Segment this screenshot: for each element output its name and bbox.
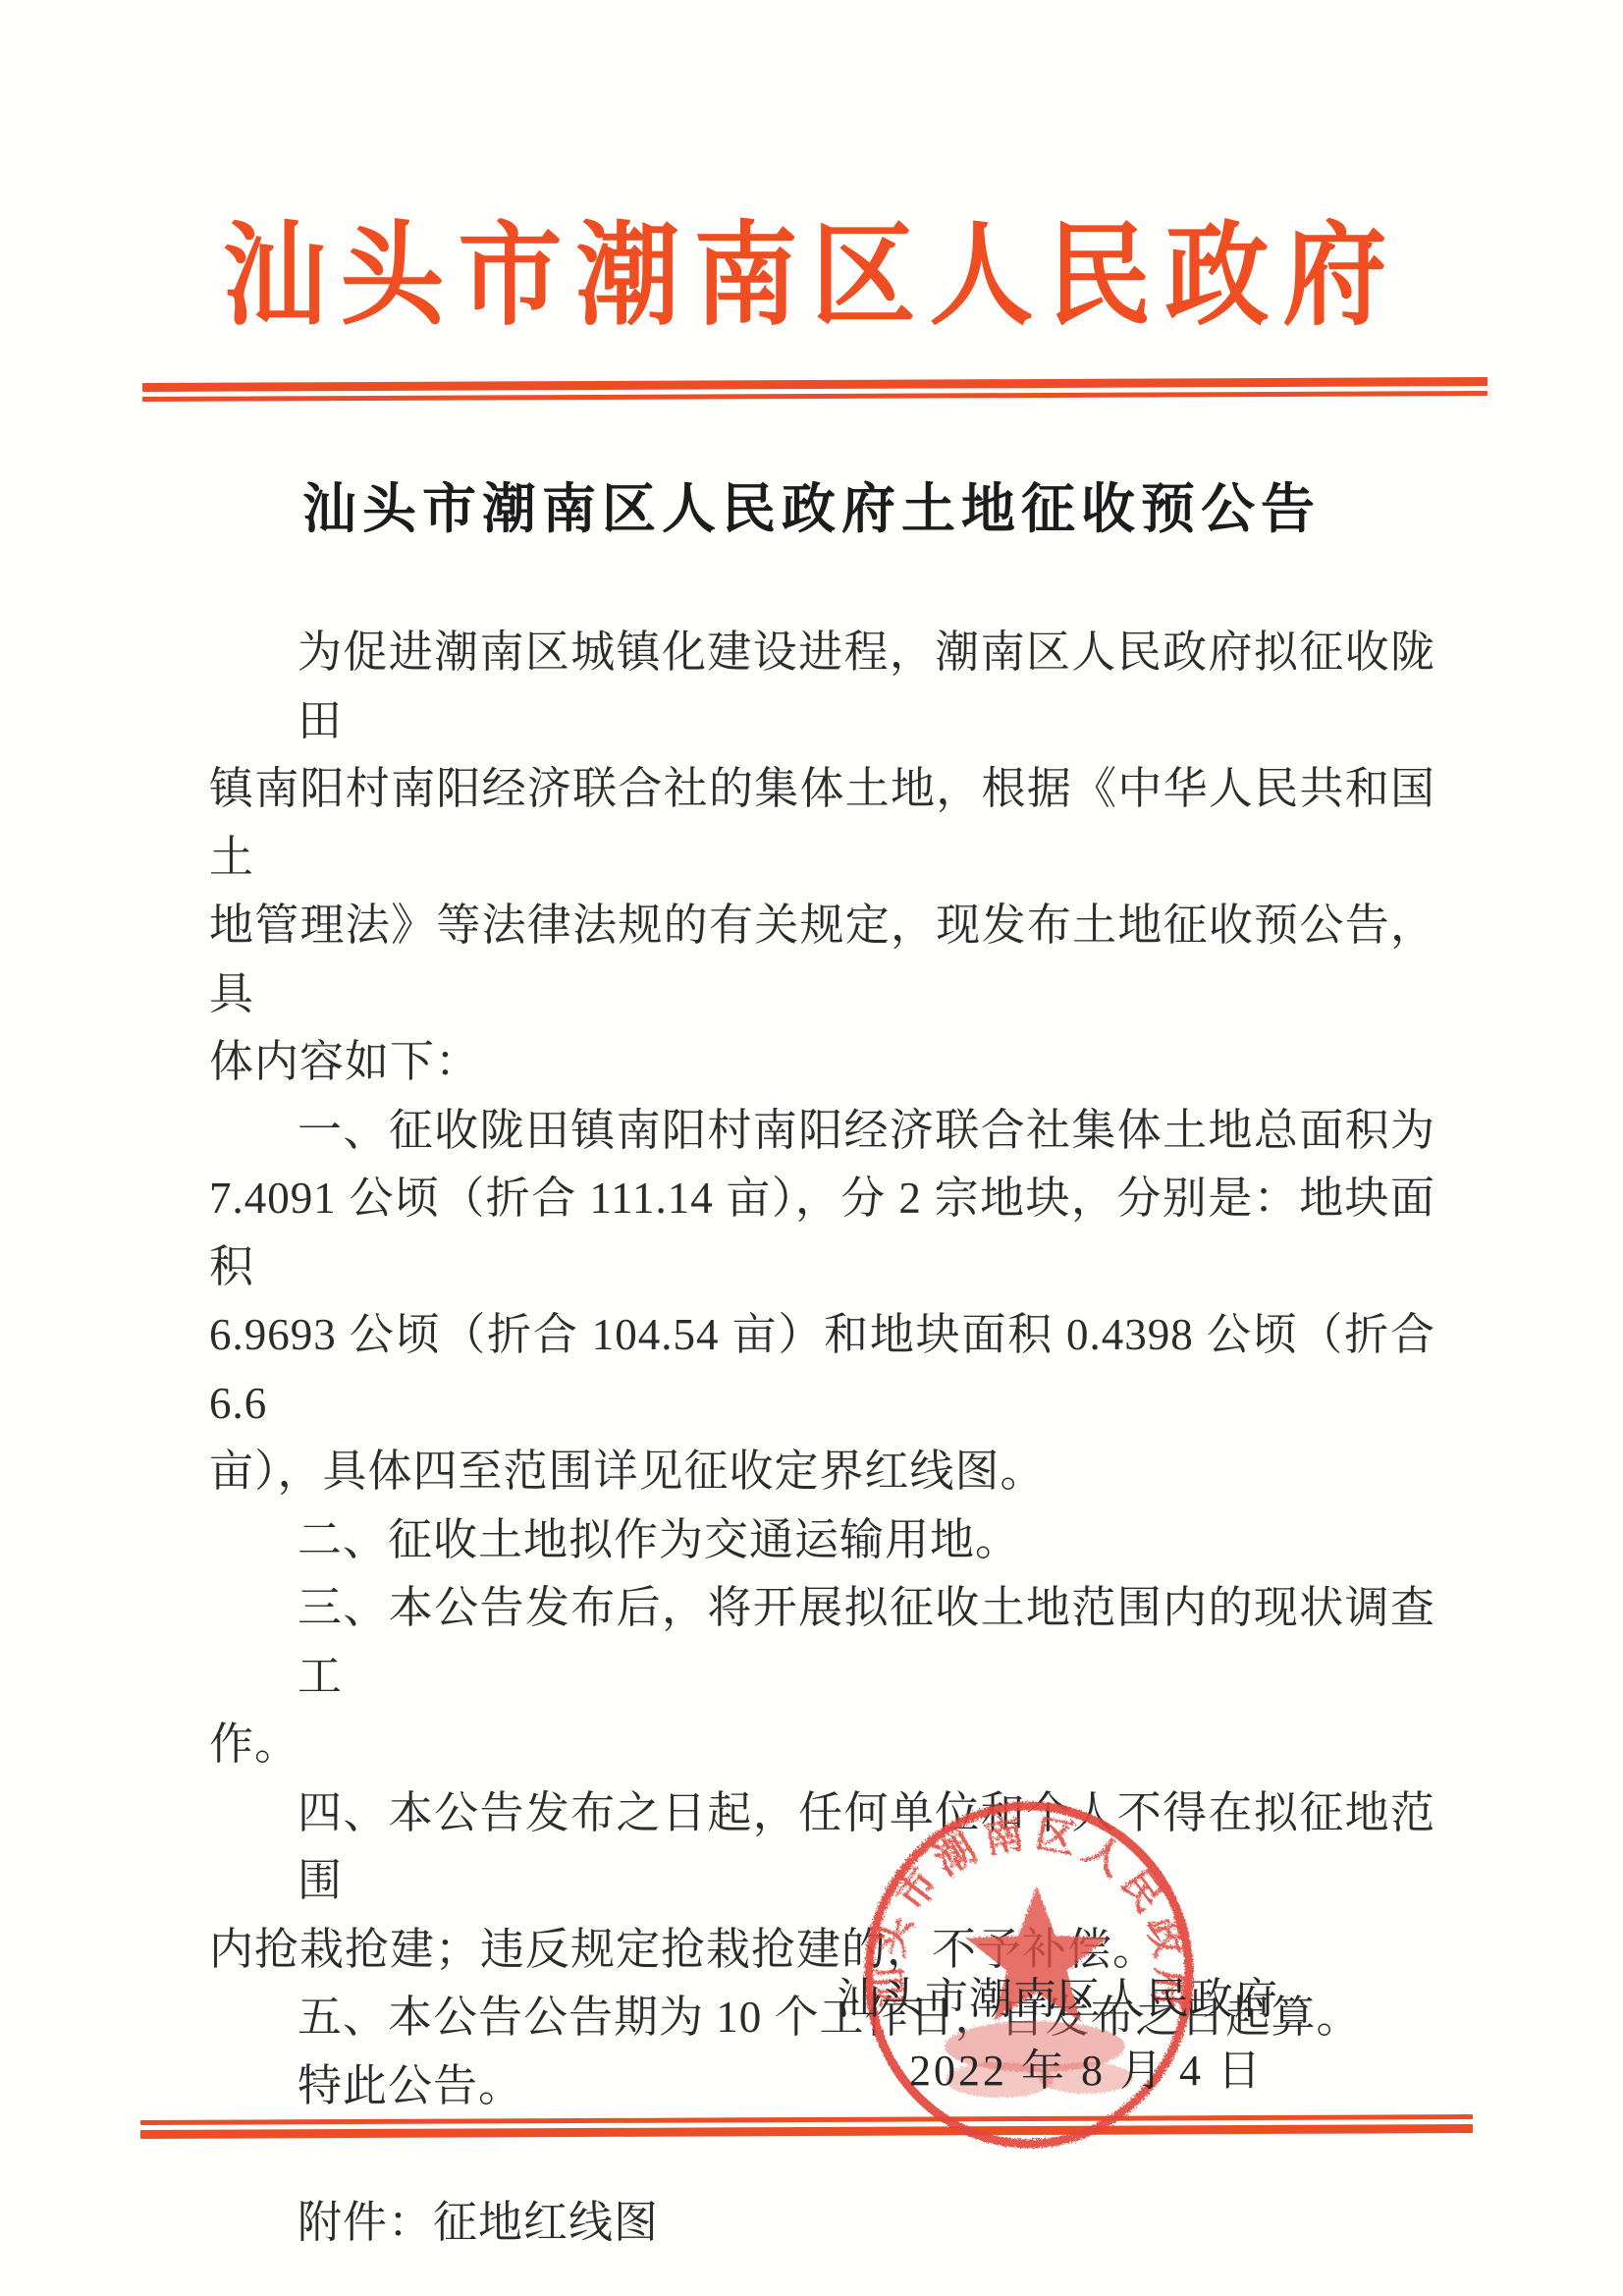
document-page: 汕头市潮南区人民政府 汕头市潮南区人民政府土地征收预公告 为促进潮南区城镇化建设…	[0, 0, 1623, 2296]
body-line: 一、征收陇田镇南阳村南阳经济联合社集体土地总面积为	[209, 1097, 1435, 1166]
body-line: 体内容如下：	[209, 1028, 1435, 1097]
body-line: 作。	[209, 1711, 1435, 1779]
letterhead-title: 汕头市潮南区人民政府	[0, 208, 1623, 341]
body-line: 镇南阳村南阳经济联合社的集体土地，根据《中华人民共和国土	[209, 755, 1435, 892]
document-title: 汕头市潮南区人民政府土地征收预公告	[0, 465, 1623, 543]
issue-date: 2022 年 8 月 4 日	[909, 2035, 1264, 2098]
body-line: 亩），具体四至范围详见征收定界红线图。	[209, 1438, 1435, 1506]
body-line: 6.9693 公顷（折合 104.54 亩）和地块面积 0.4398 公顷（折合…	[209, 1301, 1435, 1438]
body-line: 三、本公告发布后，将开展拟征收土地范围内的现状调查工	[209, 1574, 1435, 1711]
body-line: 7.4091 公顷（折合 111.14 亩），分 2 宗地块，分别是：地块面积	[209, 1165, 1435, 1301]
body-line: 地管理法》等法律法规的有关规定，现发布土地征收预公告，具	[209, 892, 1435, 1028]
body-line: 二、征收土地拟作为交通运输用地。	[209, 1506, 1435, 1575]
issuer-signature: 汕头市潮南区人民政府	[837, 1963, 1278, 2026]
body-line: 附件：征地红线图	[209, 2189, 1435, 2258]
body-line: 为促进潮南区城镇化建设进程，潮南区人民政府拟征收陇田	[209, 619, 1435, 755]
header-rule-thick	[142, 377, 1488, 392]
body-line: 四、本公告发布之日起，任何单位和个人不得在拟征地范围	[209, 1779, 1435, 1916]
header-rule-thin	[142, 391, 1488, 402]
